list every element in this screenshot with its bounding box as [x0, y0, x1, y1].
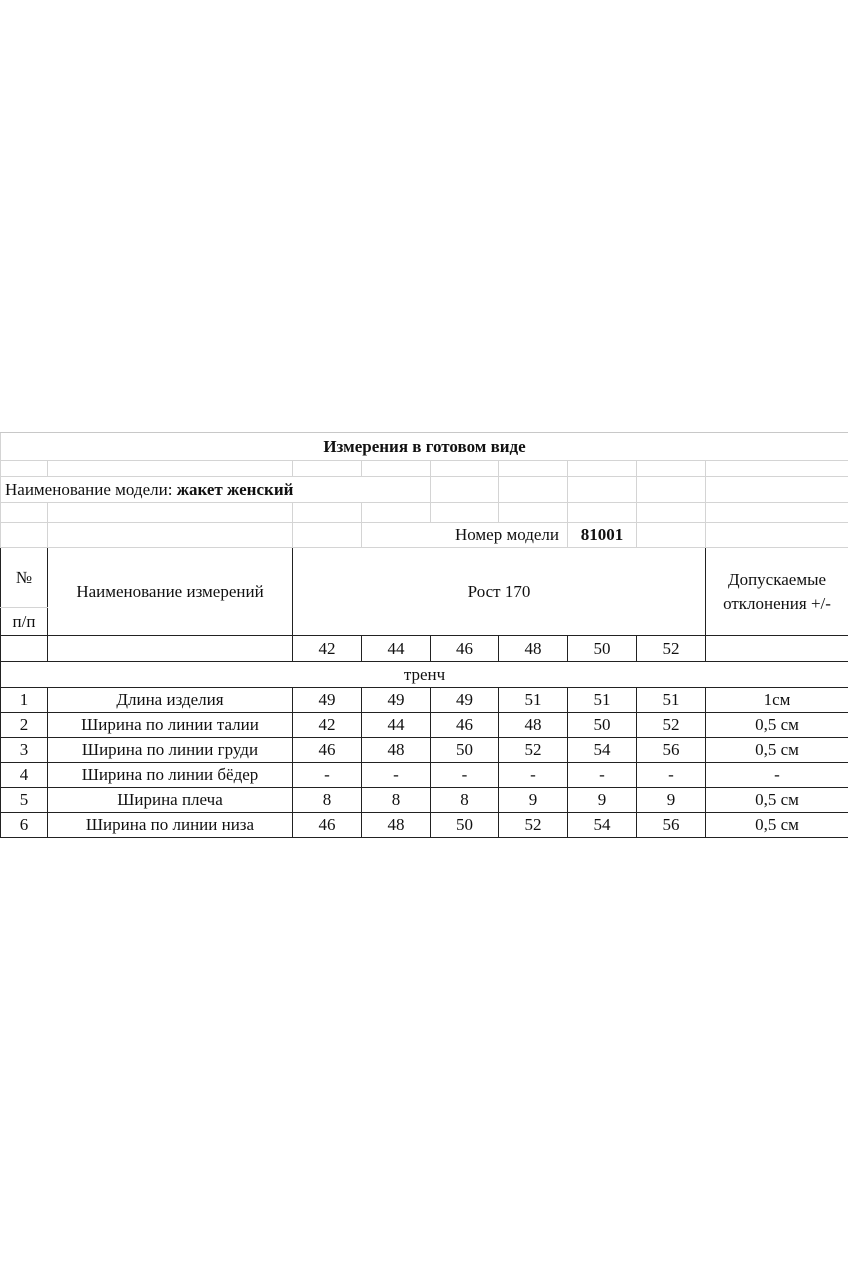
tolerance-value: - — [706, 763, 848, 788]
measurement-value: - — [431, 763, 499, 788]
measurement-value: - — [637, 763, 706, 788]
model-name-value: жакет женский — [177, 480, 294, 499]
measurement-value: 54 — [568, 813, 637, 838]
size-cell: 48 — [499, 636, 568, 662]
size-cell: 46 — [431, 636, 499, 662]
tolerance-value: 0,5 см — [706, 738, 848, 763]
table-row: 2Ширина по линии талии4244464850520,5 см — [1, 713, 848, 738]
row-number: 5 — [1, 788, 48, 813]
measurement-value: 8 — [362, 788, 431, 813]
measurement-value: 54 — [568, 738, 637, 763]
measurement-value: 46 — [293, 738, 362, 763]
measurement-value: 52 — [499, 738, 568, 763]
tolerance-value: 0,5 см — [706, 713, 848, 738]
tolerance-value: 0,5 см — [706, 788, 848, 813]
row-number: 1 — [1, 688, 48, 713]
measurement-name: Ширина по линии груди — [48, 738, 293, 763]
height-header: Рост 170 — [293, 548, 706, 636]
measurement-value: 49 — [293, 688, 362, 713]
tolerance-value: 1см — [706, 688, 848, 713]
tolerance-header: Допускаемыеотклонения +/- — [706, 548, 848, 636]
sheet-title: Измерения в готовом виде — [1, 433, 848, 461]
measurement-value: 9 — [637, 788, 706, 813]
row-number: 4 — [1, 763, 48, 788]
measurement-value: 51 — [568, 688, 637, 713]
model-name-label: Наименование модели: — [5, 480, 172, 499]
table-row: 1Длина изделия4949495151511см — [1, 688, 848, 713]
number-header-bottom: п/п — [1, 608, 48, 636]
measurement-value: 48 — [362, 813, 431, 838]
measurement-value: 48 — [362, 738, 431, 763]
model-name-cell: Наименование модели: жакет женский — [1, 477, 431, 503]
measurement-value: - — [362, 763, 431, 788]
section-label: тренч — [1, 662, 848, 688]
measurement-value: 46 — [431, 713, 499, 738]
measurement-value: 50 — [431, 813, 499, 838]
row-number: 2 — [1, 713, 48, 738]
number-header-top: № — [1, 548, 48, 608]
measurement-name: Ширина по линии талии — [48, 713, 293, 738]
measurement-value: - — [499, 763, 568, 788]
measurement-value: 56 — [637, 738, 706, 763]
measurement-value: 49 — [362, 688, 431, 713]
measurement-value: 48 — [499, 713, 568, 738]
measurement-value: - — [568, 763, 637, 788]
measurement-value: 8 — [431, 788, 499, 813]
measurement-value: - — [293, 763, 362, 788]
measurement-name: Длина изделия — [48, 688, 293, 713]
row-number: 6 — [1, 813, 48, 838]
sizes-row: 42 44 46 48 50 52 — [1, 636, 848, 662]
measurement-value: 51 — [499, 688, 568, 713]
measurement-value: 50 — [431, 738, 499, 763]
measurement-value: 52 — [499, 813, 568, 838]
measurement-value: 44 — [362, 713, 431, 738]
size-cell: 42 — [293, 636, 362, 662]
measurement-value: 46 — [293, 813, 362, 838]
tolerance-header-line2: отклонения +/- — [723, 594, 831, 613]
measurement-name: Ширина по линии бёдер — [48, 763, 293, 788]
tolerance-header-line1: Допускаемые — [728, 570, 826, 589]
row-number: 3 — [1, 738, 48, 763]
measurement-sheet: Измерения в готовом виде Наименование мо… — [0, 432, 848, 838]
table-row: 6Ширина по линии низа4648505254560,5 см — [1, 813, 848, 838]
size-cell: 52 — [637, 636, 706, 662]
table-row: 4Ширина по линии бёдер------- — [1, 763, 848, 788]
measurement-value: 9 — [568, 788, 637, 813]
tolerance-value: 0,5 см — [706, 813, 848, 838]
table-row: 3Ширина по линии груди4648505254560,5 см — [1, 738, 848, 763]
measure-name-header: Наименование измерений — [48, 548, 293, 636]
measurement-value: 42 — [293, 713, 362, 738]
measurement-value: 52 — [637, 713, 706, 738]
measurement-table: Измерения в готовом виде Наименование мо… — [0, 432, 848, 838]
measurement-value: 56 — [637, 813, 706, 838]
measurement-value: 49 — [431, 688, 499, 713]
measurement-name: Ширина по линии низа — [48, 813, 293, 838]
model-number-label: Номер модели — [362, 523, 568, 548]
measurement-value: 9 — [499, 788, 568, 813]
model-number-value: 81001 — [568, 523, 637, 548]
measurement-value: 8 — [293, 788, 362, 813]
table-row: 5Ширина плеча8889990,5 см — [1, 788, 848, 813]
measurement-value: 50 — [568, 713, 637, 738]
measurement-value: 51 — [637, 688, 706, 713]
size-cell: 50 — [568, 636, 637, 662]
size-cell: 44 — [362, 636, 431, 662]
measurement-name: Ширина плеча — [48, 788, 293, 813]
